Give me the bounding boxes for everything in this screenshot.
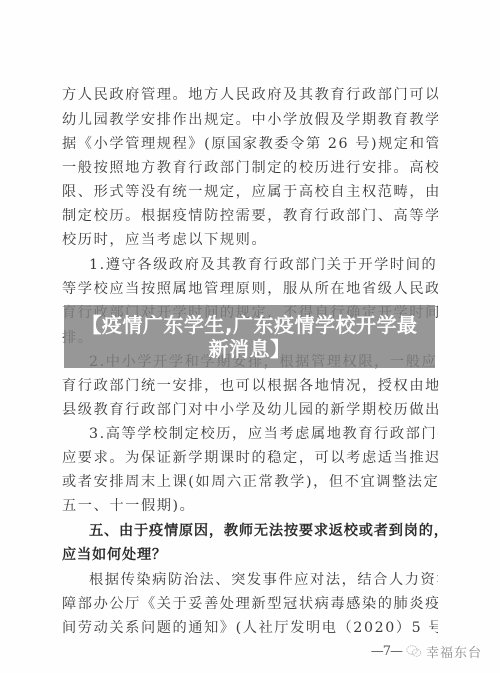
document-line: 或者安排周末上课(如周六正常教学)，但不宜调整法定节假日(如 [62, 470, 438, 494]
document-page: 方人民政府管理。地方人民政府及其教育行政部门可以就中小学幼儿园教学安排作出规定。… [0, 0, 500, 673]
document-line: 根据传染病防治法、突发事件应对法，结合人力资源社会保 [89, 568, 438, 592]
title-banner: 【疫情广东学生,广东疫情学校开学最 新消息】 [64, 305, 435, 368]
document-line: 1.遵守各级政府及其教育行政部门关于开学时间的要求。高 [89, 253, 438, 277]
document-line: 等学校应当按照属地管理原则，服从所在地省级人民政府或者教 [62, 277, 438, 301]
document-line: 应要求。为保证新学期课时的稳定，可以考虑适当推迟暑假时间， [62, 446, 438, 470]
document-line: 五一、十一假期)。 [62, 494, 438, 518]
banner-title-line-1: 【疫情广东学生,广东疫情学校开学最 [81, 313, 417, 337]
document-line: 障部办公厅《关于妥善处理新型冠状病毒感染的肺炎疫情防控期 [62, 592, 438, 616]
document-line: 方人民政府管理。地方人民政府及其教育行政部门可以就中小学 [62, 83, 438, 107]
document-line: 五、由于疫情原因，教师无法按要求返校或者到岗的，依法 [89, 519, 438, 543]
document-line: 限、形式等没有统一规定，应属于高校自主权范畴，由学校自行 [62, 180, 438, 204]
wechat-icon [406, 644, 422, 658]
document-line: 育行政部门统一安排，也可以根据各地情况，授权由地市级或者 [62, 374, 438, 398]
page-footer: —7— 幸福东台 [371, 640, 482, 662]
document-line: 制定校历。根据疫情防控需要，教育行政部门、高等学校在制定 [62, 204, 438, 228]
document-line: 应当如何处理？ [62, 543, 438, 567]
document-line: 间劳动关系问题的通知》(人社厅发明电（2020）5 号)、人力资 [62, 616, 438, 640]
document-line: 幼儿园教学安排作出规定。中小学放假及学期教育教学时间，根 [62, 108, 438, 132]
document-line: 3.高等学校制定校历，应当考虑属地教育行政部门提出的相 [89, 422, 438, 446]
document-line: 县级教育行政部门对中小学及幼儿园的新学期校历做出规定。 [62, 398, 438, 422]
page-number: —7— [371, 644, 402, 659]
watermark-account-name: 幸福东台 [426, 642, 482, 661]
banner-title-line-2: 新消息】 [209, 337, 291, 361]
document-line: 校历时，应当考虑以下规则。 [62, 228, 438, 252]
document-line: 一般按照地方教育行政部门制定的校历进行安排。高校放假的期 [62, 156, 438, 180]
document-line: 据《小学管理规程》(原国家教委令第 26 号)规定和管理实践， [62, 132, 438, 156]
